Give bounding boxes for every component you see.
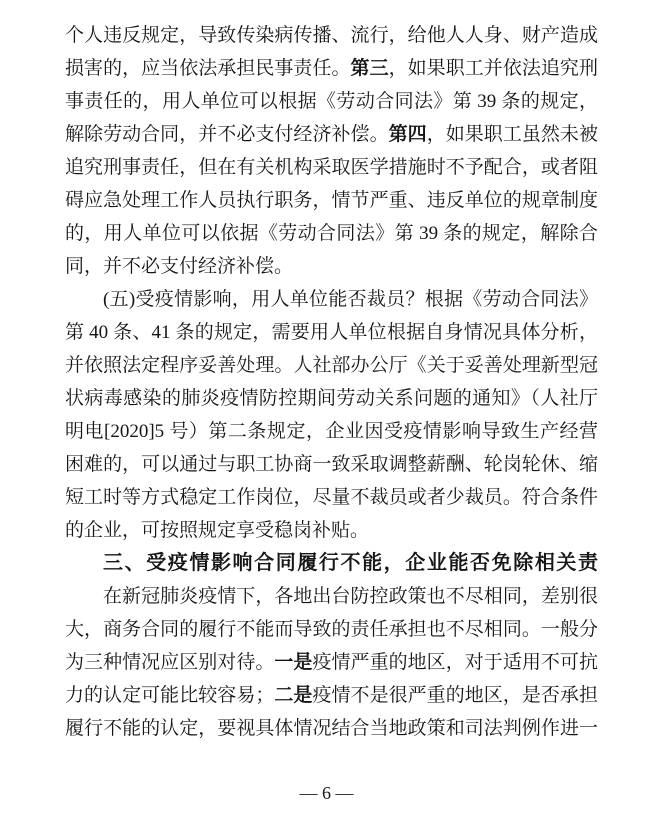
text-run: ，如果职工虽然未被 (427, 124, 598, 145)
text-run: 并依照法定程序妥善处理。人社部办公厅《关于妥善处理新型冠 (65, 355, 598, 376)
emphasis-run: 第三 (351, 58, 389, 79)
text-line: 明电[2020]5 号）第二条规定，企业因受疫情影响导致生产经营 (65, 415, 598, 448)
text-run: 第 40 条、41 条的规定，需要用人单位根据自身情况具体分析， (65, 322, 598, 343)
text-run: 的企业，可按照规定享受稳岗补贴。 (65, 520, 369, 541)
section-heading: 三、受疫情影响合同履行不能，企业能否免除相关责任？ (65, 547, 598, 580)
text-run: 大，商务合同的履行不能而导致的责任承担也不尽相同。一般分 (65, 619, 598, 640)
text-line: 短工时等方式稳定工作岗位，尽量不裁员或者少裁员。符合条件 (65, 481, 598, 514)
text-run: 个人违反规定，导致传染病传播、流行，给他人人身、财产造成 (65, 25, 598, 46)
emphasis-run: 三、受疫情影响合同履行不能，企业能否免除相关责任？ (103, 552, 598, 580)
text-line: 解除劳动合同，并不必支付经济补偿。第四，如果职工虽然未被 (65, 118, 598, 151)
text-run: 解除劳动合同，并不必支付经济补偿。 (65, 124, 389, 145)
text-line: 并依照法定程序妥善处理。人社部办公厅《关于妥善处理新型冠 (65, 349, 598, 382)
text-line: 大，商务合同的履行不能而导致的责任承担也不尽相同。一般分 (65, 613, 598, 646)
text-line: 三、受疫情影响合同履行不能，企业能否免除相关责任？ (65, 547, 598, 580)
text-line: 同，并不必支付经济补偿。 (65, 250, 598, 283)
text-run: 力的认定可能比较容易； (65, 685, 274, 706)
text-line: 为三种情况应区别对待。一是疫情严重的地区，对于适用不可抗 (65, 646, 598, 679)
text-line: (五)受疫情影响，用人单位能否裁员？根据《劳动合同法》 (65, 283, 598, 316)
text-run: 为三种情况应区别对待。 (65, 652, 274, 673)
emphasis-run: 第四 (389, 124, 427, 145)
text-line: 力的认定可能比较容易；二是疫情不是很严重的地区，是否承担 (65, 679, 598, 712)
body-paragraph: 个人违反规定，导致传染病传播、流行，给他人人身、财产造成损害的，应当依法承担民事… (65, 19, 598, 283)
text-line: 在新冠肺炎疫情下，各地出台防控政策也不尽相同，差别很 (65, 580, 598, 613)
text-line: 第 40 条、41 条的规定，需要用人单位根据自身情况具体分析， (65, 316, 598, 349)
text-run: (五)受疫情影响，用人单位能否裁员？根据《劳动合同法》 (103, 289, 598, 310)
text-run: 碍应急处理工作人员执行职务，情节严重、违反单位的规章制度 (65, 190, 598, 211)
text-line: 事责任的，用人单位可以根据《劳动合同法》第 39 条的规定， (65, 85, 598, 118)
document-body: 个人违反规定，导致传染病传播、流行，给他人人身、财产造成损害的，应当依法承担民事… (65, 19, 598, 745)
text-line: 状病毒感染的肺炎疫情防控期间劳动关系问题的通知》（人社厅 (65, 382, 598, 415)
text-line: 履行不能的认定，要视具体情况结合当地政策和司法判例作进一 (65, 712, 598, 745)
text-run: 疫情不是很严重的地区，是否承担 (312, 685, 598, 706)
body-paragraph: 在新冠肺炎疫情下，各地出台防控政策也不尽相同，差别很大，商务合同的履行不能而导致… (65, 580, 598, 745)
text-line: 损害的，应当依法承担民事责任。第三，如果职工并依法追究刑 (65, 52, 598, 85)
text-line: 个人违反规定，导致传染病传播、流行，给他人人身、财产造成 (65, 19, 598, 52)
text-run: 追究刑事责任，但在有关机构采取医学措施时不予配合，或者阻 (65, 157, 598, 178)
text-run: 事责任的，用人单位可以根据《劳动合同法》第 39 条的规定， (65, 91, 598, 112)
text-run: ，如果职工并依法追究刑 (389, 58, 598, 79)
emphasis-run: 一是 (274, 652, 312, 673)
text-line: 的企业，可按照规定享受稳岗补贴。 (65, 514, 598, 547)
page-number: — 6 — (300, 783, 354, 803)
page-footer: — 6 — (0, 781, 653, 805)
document-page: 个人违反规定，导致传染病传播、流行，给他人人身、财产造成损害的，应当依法承担民事… (0, 0, 653, 835)
text-run: 的，用人单位可以依据《劳动合同法》第 39 条的规定，解除合 (65, 223, 598, 244)
text-run: 损害的，应当依法承担民事责任。 (65, 58, 351, 79)
text-run: 疫情严重的地区，对于适用不可抗 (312, 652, 598, 673)
text-line: 追究刑事责任，但在有关机构采取医学措施时不予配合，或者阻 (65, 151, 598, 184)
text-line: 碍应急处理工作人员执行职务，情节严重、违反单位的规章制度 (65, 184, 598, 217)
text-run: 困难的，可以通过与职工协商一致采取调整薪酬、轮岗轮休、缩 (65, 454, 598, 475)
text-run: 短工时等方式稳定工作岗位，尽量不裁员或者少裁员。符合条件 (65, 487, 598, 508)
emphasis-run: 二是 (274, 685, 312, 706)
text-line: 困难的，可以通过与职工协商一致采取调整薪酬、轮岗轮休、缩 (65, 448, 598, 481)
body-paragraph: (五)受疫情影响，用人单位能否裁员？根据《劳动合同法》第 40 条、41 条的规… (65, 283, 598, 547)
text-run: 状病毒感染的肺炎疫情防控期间劳动关系问题的通知》（人社厅 (65, 388, 598, 409)
text-run: 明电[2020]5 号）第二条规定，企业因受疫情影响导致生产经营 (65, 421, 598, 442)
text-run: 同，并不必支付经济补偿。 (65, 256, 293, 277)
text-line: 的，用人单位可以依据《劳动合同法》第 39 条的规定，解除合 (65, 217, 598, 250)
text-run: 在新冠肺炎疫情下，各地出台防控政策也不尽相同，差别很 (103, 586, 598, 607)
text-run: 履行不能的认定，要视具体情况结合当地政策和司法判例作进一 (65, 718, 598, 739)
